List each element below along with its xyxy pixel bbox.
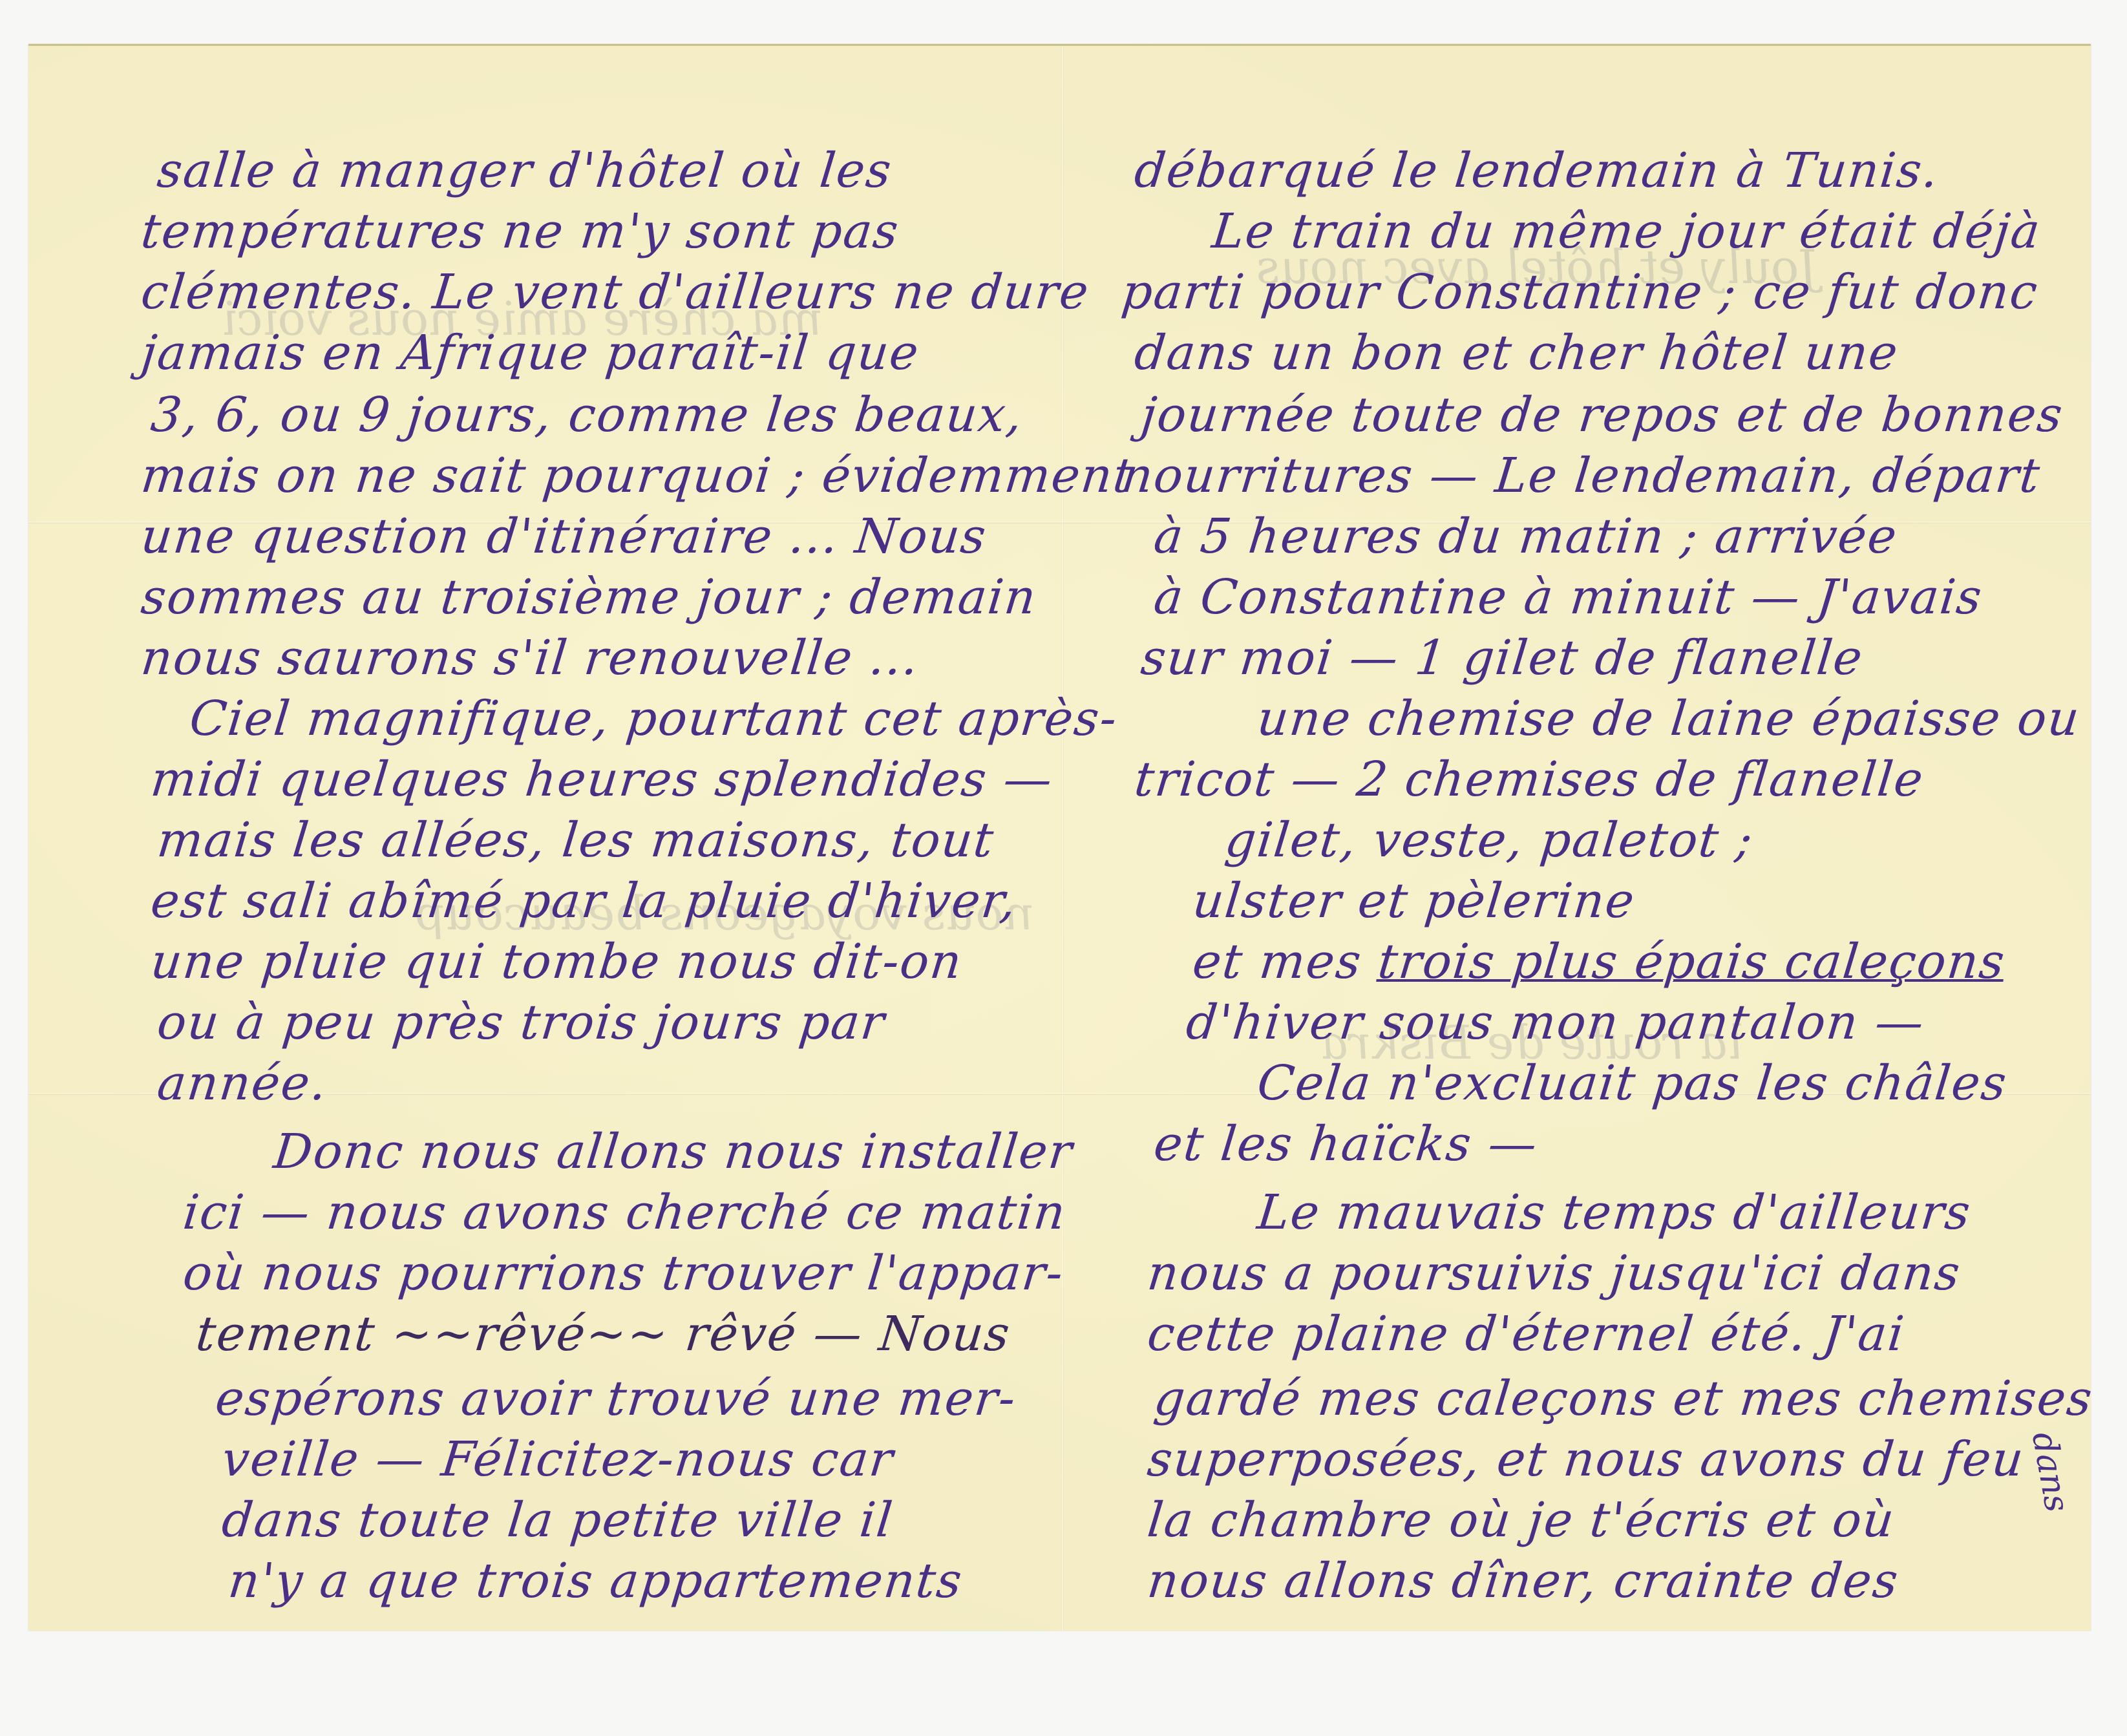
letter-line: températures ne m'y sont pas [138, 204, 902, 259]
letter-line: à Constantine à minuit — J'avais [1151, 569, 1985, 625]
text-segment: et mes [1190, 934, 1381, 990]
letter-line: nous a poursuivis jusqu'ici dans [1145, 1245, 1963, 1301]
letter-line: année. [154, 1055, 330, 1111]
letter-line: mais on ne sait pourquoi ; évidemment [138, 448, 1136, 503]
letter-line: tement ~~rêvé~~ rêvé — Nous [193, 1306, 1013, 1362]
letter-line: et mes trois plus épais caleçons [1190, 934, 2008, 990]
letter-line: Cela n'excluait pas les châles [1254, 1055, 2010, 1111]
letter-line: ulster et pèlerine [1190, 873, 1638, 929]
letter-line: parti pour Constantine ; ce fut donc [1119, 264, 2041, 320]
letter-sheet: ma chère amie nous voici Jouly et hôtel … [28, 44, 2091, 1631]
letter-line: la chambre où je t'écris et où [1145, 1492, 1898, 1548]
letter-line: nous saurons s'il renouvelle ... [138, 630, 922, 686]
letter-line: Ciel magnifique, pourtant cet après- [187, 691, 1120, 746]
letter-line: débarqué le lendemain à Tunis. [1132, 143, 1942, 198]
letter-line: clémentes. Le vent d'ailleurs ne dure [138, 264, 1092, 320]
letter-line: gilet, veste, paletot ; [1222, 812, 1756, 868]
letter-line: sommes au troisième jour ; demain [138, 569, 1039, 625]
letter-line: ici — nous avons cherché ce matin [180, 1185, 1069, 1240]
letter-line: et les haïcks — [1151, 1116, 1540, 1172]
letter-line: Le mauvais temps d'ailleurs [1254, 1185, 1974, 1240]
letter-line: superposées, et nous avons du feu [1145, 1432, 2027, 1487]
letter-line: Donc nous allons nous installer [271, 1124, 1075, 1180]
letter-line: nourritures — Le lendemain, départ [1119, 448, 2043, 503]
letter-line: veille — Félicitez-nous car [219, 1432, 896, 1487]
right-page: débarqué le lendemain à Tunis. Le train … [1064, 46, 2091, 1631]
letter-line: salle à manger d'hôtel où les [154, 143, 894, 198]
letter-line: espérons avoir trouvé une mer- [213, 1371, 1019, 1426]
letter-line: midi quelques heures splendides — [148, 752, 1055, 807]
letter-line: une question d'itinéraire ... Nous [138, 509, 989, 564]
letter-line: à 5 heures du matin ; arrivée [1151, 509, 1900, 564]
letter-line: d'hiver sous mon pantalon — [1183, 995, 1927, 1050]
letter-line: ou à peu près trois jours par [154, 995, 888, 1050]
letter-line: mais les allées, les maisons, tout [154, 812, 997, 868]
letter-line: dans toute la petite ville il [219, 1492, 896, 1548]
margin-note: dans [2024, 1429, 2077, 1515]
letter-line: nous allons dîner, crainte des [1145, 1553, 1901, 1609]
letter-line: 3, 6, ou 9 jours, comme les beaux, [148, 387, 1026, 443]
letter-line: jamais en Afrique paraît-il que [138, 325, 922, 381]
letter-line: cette plaine d'éternel été. J'ai [1145, 1306, 1907, 1362]
letter-line: une chemise de laine épaisse ou [1254, 691, 2082, 746]
letter-line: gardé mes caleçons et mes chemises [1151, 1371, 2095, 1426]
letter-line: sur moi — 1 gilet de flanelle [1138, 630, 1866, 686]
letter-line: est sali abîmé par la pluie d'hiver, [148, 873, 1019, 929]
letter-line: où nous pourrions trouver l'appar- [180, 1245, 1066, 1301]
letter-line: tricot — 2 chemises de flanelle [1132, 752, 1927, 807]
letter-line: dans un bon et cher hôtel une [1132, 325, 1901, 381]
letter-line: une pluie qui tombe nous dit-on [148, 934, 965, 990]
letter-line: n'y a que trois appartements [226, 1553, 965, 1609]
underlined-phrase: trois plus épais caleçons [1375, 934, 2008, 990]
letter-line: Le train du même jour était déjà [1209, 204, 2043, 259]
letter-line: journée toute de repos et de bonnes [1138, 387, 2066, 443]
left-page: salle à manger d'hôtel où les températur… [28, 46, 1061, 1631]
